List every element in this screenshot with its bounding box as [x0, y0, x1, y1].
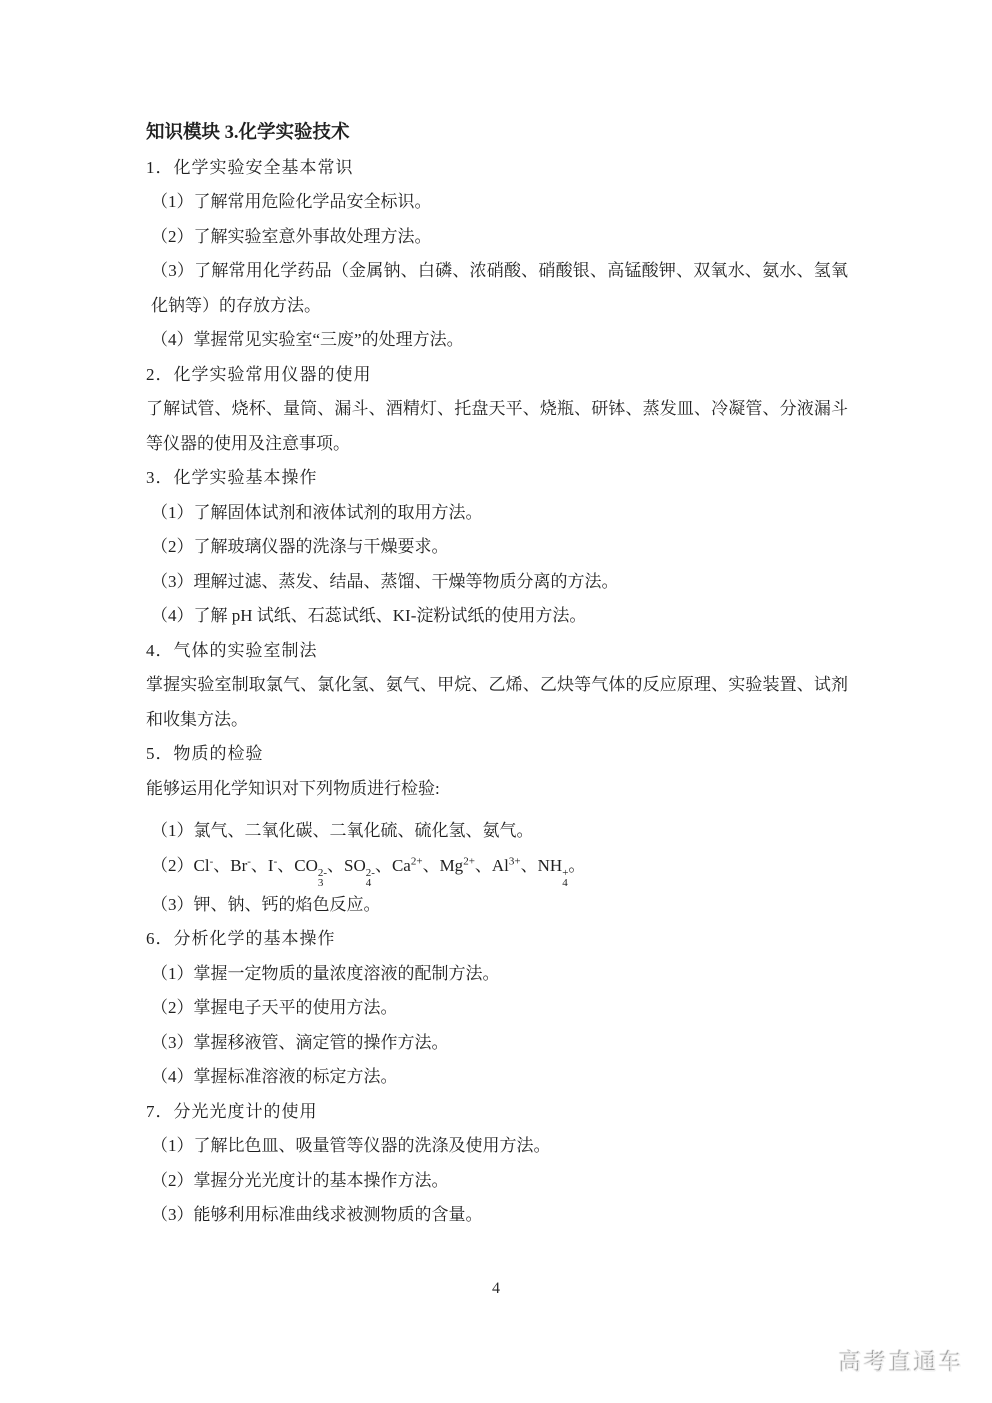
section-5-item-2-ions: （2）Cl-、Br-、I-、CO2-3、SO2-4、Ca2+、Mg2+、Al3+… — [146, 849, 848, 888]
section-2-heading: 2．化学实验常用仪器的使用 — [146, 358, 848, 393]
ion-charge: - — [210, 855, 214, 867]
watermark: 高考直通车 — [839, 1344, 964, 1377]
section-5-heading: 5．物质的检验 — [146, 737, 848, 772]
section-3-item-1: （1）了解固体试剂和液体试剂的取用方法。 — [146, 496, 848, 531]
ion-charge-stack: +4 — [562, 868, 568, 888]
section-5-item-1: （1）氯气、二氧化碳、二氧化硫、硫化氢、氨气。 — [146, 814, 848, 849]
section-5-body: 能够运用化学知识对下列物质进行检验: — [146, 772, 848, 807]
section-3-item-3: （3）理解过滤、蒸发、结晶、蒸馏、干燥等物质分离的方法。 — [146, 565, 848, 600]
ion-formula: Cl- — [194, 856, 214, 875]
section-7-item-3: （3）能够利用标准曲线求被测物质的含量。 — [146, 1198, 848, 1233]
ion-charge: 2+ — [411, 855, 423, 867]
section-7-item-1: （1）了解比色皿、吸量管等仪器的洗涤及使用方法。 — [146, 1129, 848, 1164]
ion-formula: CO2-3 — [294, 856, 327, 875]
section-7-heading: 7．分光光度计的使用 — [146, 1095, 848, 1130]
section-4-body: 掌握实验室制取氯气、氯化氢、氨气、甲烷、乙烯、乙炔等气体的反应原理、实验装置、试… — [146, 668, 848, 737]
section-3-item-2: （2）了解玻璃仪器的洗涤与干燥要求。 — [146, 530, 848, 565]
section-4-heading: 4．气体的实验室制法 — [146, 634, 848, 669]
ion-charge: 3+ — [509, 855, 521, 867]
document-content: 知识模块 3.化学实验技术1．化学实验安全基本常识（1）了解常用危险化学品安全标… — [146, 116, 848, 1233]
ion-charge-stack: 2-4 — [366, 868, 375, 888]
section-1-heading: 1．化学实验安全基本常识 — [146, 151, 848, 186]
ion-charge: - — [274, 855, 278, 867]
ion-formula: Mg2+ — [440, 856, 475, 875]
section-5-item-3: （3）钾、钠、钙的焰色反应。 — [146, 888, 848, 923]
section-1-item-1: （1）了解常用危险化学品安全标识。 — [146, 185, 848, 220]
ion-formula: I- — [268, 856, 277, 875]
section-7-item-2: （2）掌握分光光度计的基本操作方法。 — [146, 1164, 848, 1199]
ion-charge: 2+ — [463, 855, 475, 867]
section-1-item-4: （4）掌握常见实验室“三废”的处理方法。 — [146, 323, 848, 358]
item-prefix: （2） — [151, 856, 194, 875]
section-6-item-4: （4）掌握标准溶液的标定方法。 — [146, 1060, 848, 1095]
section-2-body: 了解试管、烧杯、量筒、漏斗、酒精灯、托盘天平、烧瓶、研钵、蒸发皿、冷凝管、分液漏… — [146, 392, 848, 461]
document-page: 知识模块 3.化学实验技术1．化学实验安全基本常识（1）了解常用危险化学品安全标… — [0, 0, 992, 1403]
ion-formula: SO2-4 — [344, 856, 375, 875]
ion-formula: Ca2+ — [392, 856, 423, 875]
section-6-item-1: （1）掌握一定物质的量浓度溶液的配制方法。 — [146, 957, 848, 992]
ion-charge: - — [247, 855, 251, 867]
section-1-item-3: （3）了解常用化学药品（金属钠、白磷、浓硝酸、硝酸银、高锰酸钾、双氧水、氨水、氢… — [146, 254, 848, 323]
section-3-item-4: （4）了解 pH 试纸、石蕊试纸、KI-淀粉试纸的使用方法。 — [146, 599, 848, 634]
ion-formula: Al3+ — [492, 856, 521, 875]
ion-formula: Br- — [230, 856, 251, 875]
page-number: 4 — [0, 1280, 992, 1298]
section-6-item-3: （3）掌握移液管、滴定管的操作方法。 — [146, 1026, 848, 1061]
section-6-item-2: （2）掌握电子天平的使用方法。 — [146, 991, 848, 1026]
module-title: 知识模块 3.化学实验技术 — [146, 116, 848, 151]
ion-formula: NH+4 — [538, 856, 569, 875]
section-1-item-2: （2）了解实验室意外事故处理方法。 — [146, 220, 848, 255]
section-6-heading: 6．分析化学的基本操作 — [146, 922, 848, 957]
section-3-heading: 3．化学实验基本操作 — [146, 461, 848, 496]
ion-charge-stack: 2-3 — [318, 868, 327, 888]
